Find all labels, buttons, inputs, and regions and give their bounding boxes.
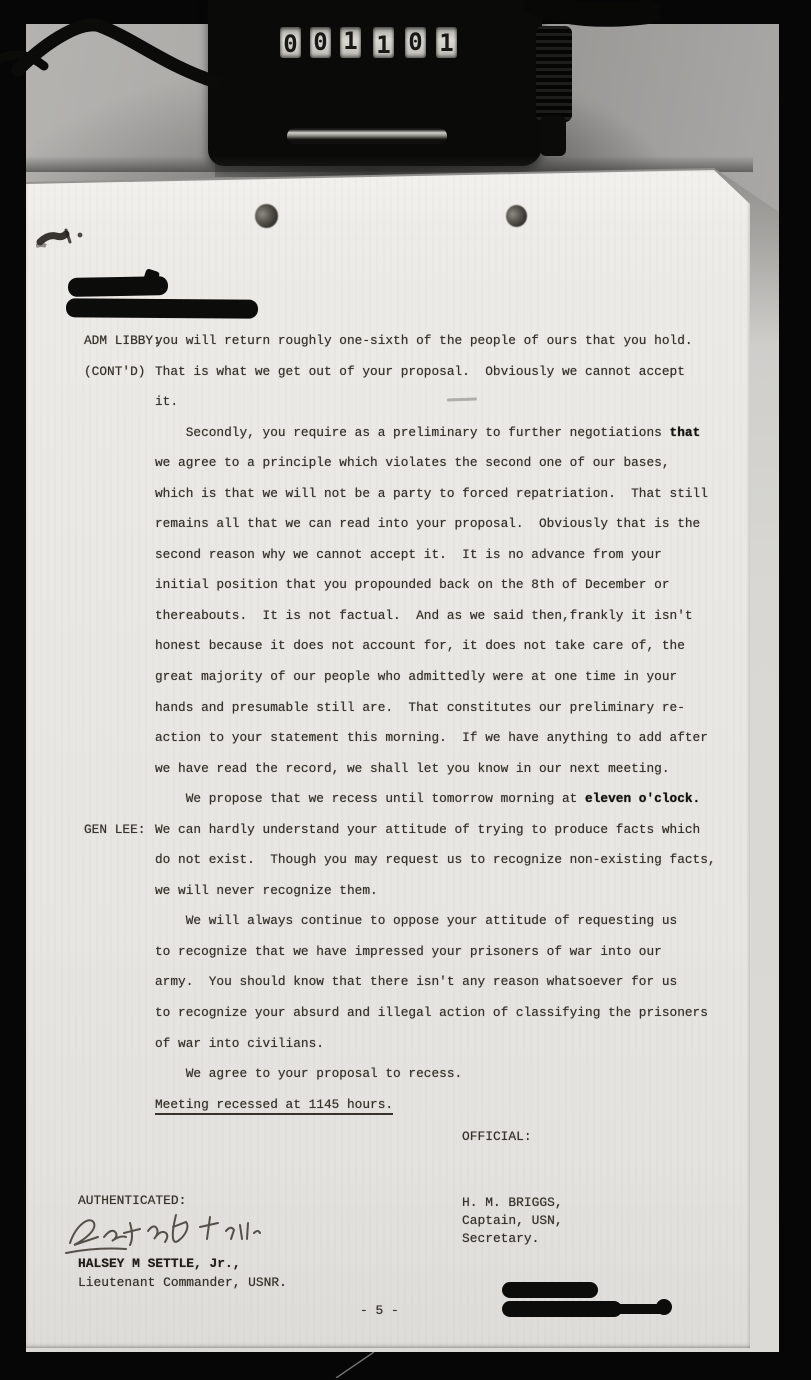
document-page: ADM LIBBY:you will return roughly one-si…: [26, 170, 753, 1348]
transcript-line: Secondly, you require as a preliminary t…: [155, 418, 751, 449]
counter-cable: [0, 0, 811, 180]
transcript-line: GEN LEE:We can hardly understand your at…: [155, 815, 751, 846]
transcript-text: we will never recognize them.: [155, 883, 378, 898]
transcript-text: That is what we get out of your proposal…: [155, 364, 685, 379]
transcript-text: we agree to a principle which violates t…: [155, 455, 670, 470]
transcript-text: We will always continue to oppose your a…: [155, 913, 677, 928]
transcript-text: which is that we will not be a party to …: [155, 486, 708, 501]
hole-punch-icon: [506, 205, 527, 227]
transcript-line: army. You should know that there isn't a…: [155, 967, 751, 998]
transcript-text: Secondly, you require as a preliminary t…: [155, 425, 670, 440]
transcript-line: We will always continue to oppose your a…: [155, 906, 751, 937]
ink-smudge: [36, 218, 116, 258]
transcript-text: it.: [155, 394, 178, 409]
transcript-text: great majority of our people who admitte…: [155, 669, 677, 684]
transcript-line: initial position that you propounded bac…: [155, 570, 751, 601]
official-label: OFFICIAL:: [462, 1128, 532, 1146]
transcript-text: second reason why we cannot accept it. I…: [155, 547, 662, 562]
transcript-line: second reason why we cannot accept it. I…: [155, 540, 751, 571]
transcript-text: that: [670, 425, 701, 440]
redaction-bar: [66, 298, 258, 318]
redaction-bar: [502, 1282, 598, 1298]
transcript-line: ADM LIBBY:you will return roughly one-si…: [155, 326, 751, 357]
transcript-text: do not exist. Though you may request us …: [155, 852, 716, 867]
transcript-line: we have read the record, we shall let yo…: [155, 754, 751, 785]
transcript-line: of war into civilians.: [155, 1029, 751, 1060]
redaction-bar: [502, 1301, 622, 1317]
transcript-line: do not exist. Though you may request us …: [155, 845, 751, 876]
speaker-label: ADM LIBBY:: [84, 326, 161, 357]
transcript-line: great majority of our people who admitte…: [155, 662, 751, 693]
secretary-name: H. M. BRIGGS,: [462, 1194, 563, 1212]
transcript-text: we have read the record, we shall let yo…: [155, 761, 670, 776]
transcript-text: you will return roughly one-sixth of the…: [155, 333, 693, 348]
transcript-line: hands and presumable still are. That con…: [155, 693, 751, 724]
hole-punch-icon: [255, 204, 278, 228]
transcript-text: Meeting recessed at 1145 hours.: [155, 1097, 393, 1115]
transcript-line: remains all that we can read into your p…: [155, 509, 751, 540]
signature: [64, 1203, 264, 1263]
transcript-line: honest because it does not account for, …: [155, 631, 751, 662]
transcript-text: hands and presumable still are. That con…: [155, 700, 685, 715]
transcript-text: to recognize your absurd and illegal act…: [155, 1005, 708, 1020]
secretary-title: Secretary.: [462, 1230, 539, 1248]
transcript-text: thereabouts. It is not factual. And as w…: [155, 608, 693, 623]
transcript-line: We agree to your proposal to recess.: [155, 1059, 751, 1090]
transcript-text: action to your statement this morning. I…: [155, 730, 708, 745]
signer-title: Lieutenant Commander, USNR.: [78, 1274, 287, 1292]
transcript-text: We agree to your proposal to recess.: [155, 1066, 462, 1081]
transcript-line: (CONT'D)That is what we get out of your …: [155, 357, 751, 388]
transcript-text: We propose that we recess until tomorrow…: [155, 791, 585, 806]
transcript-line: action to your statement this morning. I…: [155, 723, 751, 754]
secretary-rank: Captain, USN,: [462, 1212, 563, 1230]
transcript-line: it.: [155, 387, 751, 418]
speaker-label: (CONT'D): [84, 357, 145, 388]
transcript-text: We can hardly understand your attitude o…: [155, 822, 700, 837]
transcript-line: we agree to a principle which violates t…: [155, 448, 751, 479]
transcript-text: eleven o'clock.: [585, 791, 700, 806]
transcript-line: we will never recognize them.: [155, 876, 751, 907]
transcript-line: Meeting recessed at 1145 hours.: [155, 1090, 751, 1121]
signer-name: HALSEY M SETTLE, Jr.,: [78, 1255, 240, 1273]
transcript-text: honest because it does not account for, …: [155, 638, 685, 653]
transcript: ADM LIBBY:you will return roughly one-si…: [155, 326, 751, 1120]
transcript-line: which is that we will not be a party to …: [155, 479, 751, 510]
transcript-line: to recognize that we have impressed your…: [155, 937, 751, 968]
transcript-text: initial position that you propounded bac…: [155, 577, 670, 592]
redaction-blob: [656, 1299, 672, 1315]
microfilm-frame: 001101 ADM LIBBY:you will return roughly…: [0, 0, 811, 1380]
transcript-line: thereabouts. It is not factual. And as w…: [155, 601, 751, 632]
transcript-line: to recognize your absurd and illegal act…: [155, 998, 751, 1029]
transcript-text: army. You should know that there isn't a…: [155, 974, 677, 989]
speaker-label: GEN LEE:: [84, 815, 145, 846]
transcript-line: We propose that we recess until tomorrow…: [155, 784, 751, 815]
transcript-text: remains all that we can read into your p…: [155, 516, 700, 531]
page-number: - 5 -: [360, 1302, 399, 1320]
transcript-text: to recognize that we have impressed your…: [155, 944, 662, 959]
film-scratch: [330, 1352, 378, 1378]
transcript-text: of war into civilians.: [155, 1036, 324, 1051]
